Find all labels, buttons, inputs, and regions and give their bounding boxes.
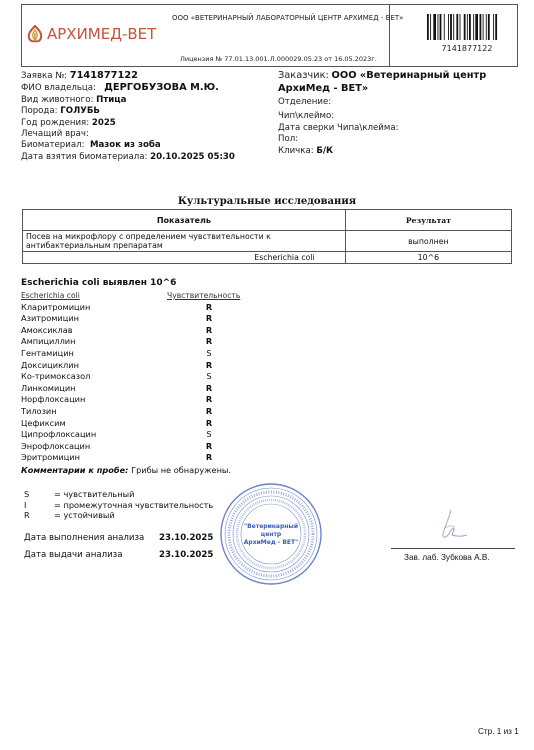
sensitivity-row: Ко-тримоксазолS [21,371,271,383]
sensitivity-code: R [194,441,224,453]
owner-name: ДЕРГОБУЗОВА М.Ю. [104,82,219,93]
sensitivity-row: НорфлоксацинR [21,394,271,406]
logo-flame-icon [26,25,44,43]
customer-row: Заказчик: ООО «Ветеринарный центрАрхиМед… [278,70,523,95]
sensitivity-list: Escherichia coli Чувствительность Кларит… [21,290,271,464]
signature-name: Зав. лаб. Зубкова А.В. [404,553,490,562]
sensitivity-code: R [194,383,224,395]
drug-name: Доксициклин [21,360,194,372]
sensitivity-code: R [194,336,224,348]
client-info: Заказчик: ООО «Ветеринарный центрАрхиМед… [278,70,523,157]
sensitivity-row: АзитромицинR [21,313,271,325]
logo: АРХИМЕД-ВЕТ [26,25,156,43]
table-header-row: Показатель Результат [23,210,512,231]
signature [433,508,473,542]
legend-item: I= промежуточная чувствительность [24,500,213,511]
department-row: Отделение: [278,97,523,108]
table-row: Escherichia coli 10^6 [23,252,512,264]
sample-date-row: Дата взятия биоматериала: 20.10.2025 05:… [21,152,271,163]
nickname-row: Кличка: Б/К [278,146,523,157]
done-date-row: Дата выполнения анализа23.10.2025 [24,533,213,550]
biomaterial-row: Биоматериал: Мазок из зоба [21,140,271,151]
header-indicator: Показатель [23,210,346,231]
sensitivity-row: АмоксиклавR [21,325,271,337]
sample-comment: Комментарии к пробе: Грибы не обнаружены… [21,465,231,475]
sensitivity-row: ЦефиксимR [21,418,271,430]
breed-row: Порода: ГОЛУБЬ [21,106,271,117]
sensitivity-code: R [194,302,224,314]
drug-name: Цефиксим [21,418,194,430]
barcode-number: 7141877122 [427,44,507,53]
birth-year-row: Год рождения: 2025 [21,118,271,129]
sensitivity-code: R [194,406,224,418]
sensitivity-row: ЦипрофлоксацинS [21,429,271,441]
legend-item: S= чувствительный [24,489,213,500]
sensitivity-row: ДоксициклинR [21,360,271,372]
sensitivity-row: ТилозинR [21,406,271,418]
owner-row: ФИО владельца: ДЕРГОБУЗОВА М.Ю. [21,82,271,94]
drug-name: Азитромицин [21,313,194,325]
sex-row: Пол: [278,134,523,145]
drug-name: Ампициллин [21,336,194,348]
svg-text:центр: центр [261,531,282,538]
page-number: Стр. 1 из 1 [478,727,519,736]
sensitivity-code: R [194,360,224,372]
drug-name: Эритромицин [21,452,194,464]
sensitivity-header: Escherichia coli Чувствительность [21,290,271,302]
sensitivity-code: R [194,313,224,325]
sensitivity-row: КларитромицинR [21,302,271,314]
drug-name: Ко-тримоксазол [21,371,194,383]
svg-text:АрхиМед - ВЕТ": АрхиМед - ВЕТ" [244,539,298,546]
stamp-seal: "Ветеринарный центр АрхиМед - ВЕТ" [219,482,323,586]
issued-date-row: Дата выдачи анализа23.10.2025 [24,550,213,567]
species-row: Вид животного: Птица [21,95,271,106]
result-cell: 10^6 [345,252,511,264]
doctor-row: Лечащий врач: [21,129,271,140]
result-cell: выполнен [345,231,511,252]
logo-text: АРХИМЕД-ВЕТ [47,25,156,43]
sensitivity-row: ЛинкомицинR [21,383,271,395]
results-table: Показатель Результат Посев на микрофлору… [22,209,512,264]
sensitivity-code: S [194,348,224,360]
indicator-cell: Escherichia coli [23,252,346,264]
drug-name: Амоксиклав [21,325,194,337]
chip-check-row: Дата сверки Чипа\клейма: [278,123,523,134]
legend: S= чувствительный I= промежуточная чувст… [24,489,213,521]
barcode [427,14,505,40]
drug-name: Ципрофлоксацин [21,429,194,441]
sensitivity-code: S [194,371,224,383]
sensitivity-code: R [194,394,224,406]
sensitivity-row: АмпициллинR [21,336,271,348]
sensitivity-row: ГентамицинS [21,348,271,360]
sensitivity-code: R [194,418,224,430]
sensitivity-title: Escherichia coli выявлен 10^6 [21,278,176,288]
signature-line [391,548,515,549]
drug-name: Тилозин [21,406,194,418]
drug-name: Гентамицин [21,348,194,360]
drug-name: Норфлоксацин [21,394,194,406]
patient-info: Заявка №: 7141877122 ФИО владельца: ДЕРГ… [21,70,271,163]
section-title: Культуральные исследования [0,196,534,207]
table-row: Посев на микрофлору с определением чувст… [23,231,512,252]
drug-name: Кларитромицин [21,302,194,314]
legend-item: R= устойчивый [24,510,213,521]
order-number: 7141877122 [70,70,138,81]
license-text: Лицензия № 77.01.13.001.Л.000029.05.23 о… [180,55,377,63]
order-row: Заявка №: 7141877122 [21,70,271,82]
header-result: Результат [345,210,511,231]
sensitivity-row: ЭритромицинR [21,452,271,464]
sensitivity-code: S [194,429,224,441]
sensitivity-row: ЭнрофлоксацинR [21,441,271,453]
drug-name: Линкомицин [21,383,194,395]
organization-name: ООО «ВЕТЕРИНАРНЫЙ ЛАБОРАТОРНЫЙ ЦЕНТР АРХ… [172,14,403,22]
chip-row: Чип\клеймо: [278,111,523,122]
sensitivity-code: R [194,452,224,464]
analysis-dates: Дата выполнения анализа23.10.2025 Дата в… [24,533,213,567]
drug-name: Энрофлоксацин [21,441,194,453]
indicator-cell: Посев на микрофлору с определением чувст… [23,231,346,252]
svg-text:"Ветеринарный: "Ветеринарный [244,523,298,530]
sensitivity-code: R [194,325,224,337]
